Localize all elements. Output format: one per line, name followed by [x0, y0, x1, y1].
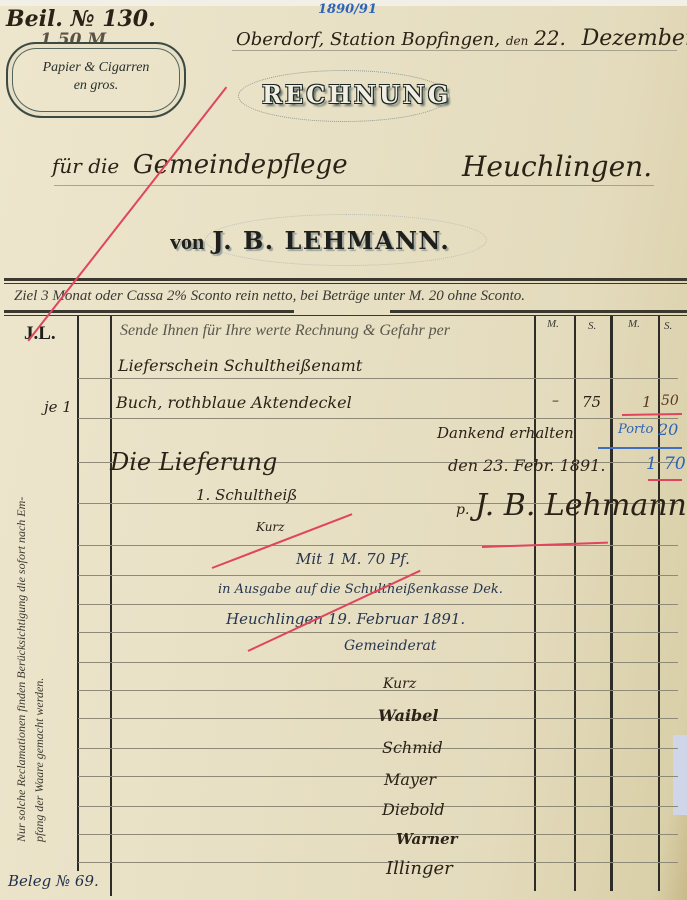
row-line [78, 632, 678, 633]
column-line-1 [77, 316, 79, 871]
signature-prefix: p. [456, 502, 469, 518]
line-item-unit-mark: – [552, 393, 559, 409]
signatory: Waibel [378, 706, 438, 725]
terms-bottom-rule-thin [4, 315, 687, 316]
porto-amount: 20 [658, 420, 678, 439]
sender-name: J. B. LEHMANN. [212, 226, 450, 255]
row-line [78, 748, 678, 749]
sender-line: vonJ. B. LEHMANN. [170, 226, 450, 255]
footer-reference: Beleg № 69. [8, 872, 99, 890]
approval-line-4: in Ausgabe auf die Schultheißenkasse Dek… [218, 582, 503, 597]
row-line [78, 575, 678, 576]
side-note-line-1: Nur solche Reclamationen finden Berücksi… [14, 497, 29, 842]
date-day: 22. [534, 26, 566, 50]
payment-total-pfennig: 70 [664, 454, 686, 474]
line-item-description: Lieferschein Schultheißenamt [118, 356, 362, 375]
side-note-line-2: pfang der Waare gemacht werden. [32, 678, 47, 842]
row-line [78, 378, 678, 379]
row-line [78, 604, 678, 605]
payment-terms: Ziel 3 Monat oder Cassa 2% Sconto rein n… [14, 288, 525, 305]
row-line [78, 834, 678, 835]
invoice-paper [0, 0, 687, 900]
row-line [78, 862, 678, 863]
document-title: RECHNUNG [262, 80, 451, 109]
col-header-unit-pfennig: S. [588, 320, 596, 332]
approval-line-1: Die Lieferung [110, 448, 277, 476]
line-item-total-mark: 1 [642, 393, 652, 411]
line-item-qty: je 1 [44, 398, 72, 416]
company-logo-cartouche: Papier & Cigarren en gros. [6, 42, 186, 118]
logo-line-1: Papier & Cigarren [8, 60, 184, 76]
date-month: Dezember [582, 26, 687, 51]
row-line [78, 806, 678, 807]
payment-total-mark: 1 [646, 454, 657, 474]
recipient-prefix: für die [52, 154, 119, 178]
logo-line-2: en gros. [8, 78, 184, 94]
line-item-description: Buch, rothblaue Aktendeckel [116, 393, 352, 412]
payment-date: den 23. Febr. 1891. [448, 456, 605, 475]
approval-line-2: 1. Schultheiß [196, 486, 297, 504]
sender-von: von [170, 229, 204, 254]
signatory: Diebold [382, 800, 445, 819]
council-label: Gemeinderat [344, 638, 436, 654]
recipient-location: Heuchlingen. [462, 150, 652, 183]
recipient-line: für die Gemeindepflege [52, 150, 348, 180]
col-header-unit-mark: M. [547, 318, 559, 330]
col-header-total-mark: M. [628, 318, 640, 330]
approval-amount-note: Mit 1 M. 70 Pf. [296, 550, 410, 568]
recipient-underline [54, 185, 654, 186]
year-annotation: 1890/91 [318, 2, 377, 17]
red-underline-total [648, 479, 682, 481]
line-item-total-pfennig: 50 [661, 393, 679, 409]
approval-line-3: Kurz [256, 520, 285, 534]
signatory: Warner [396, 830, 458, 848]
row-line [78, 662, 678, 663]
signatory: Kurz [383, 676, 416, 692]
place-date-line: Oberdorf, Station Bopfingen, den 22. Dez… [236, 26, 687, 51]
row-line [78, 776, 678, 777]
row-line [78, 690, 678, 691]
date-prefix: den [506, 34, 529, 48]
signatory: Schmid [382, 738, 443, 757]
terms-top-rule [4, 278, 687, 281]
terms-top-rule-thin [4, 283, 687, 284]
ledger-note-1: Beil. № 130. [6, 6, 156, 32]
place: Oberdorf, Station Bopfingen, [236, 29, 500, 50]
blue-underline-porto [598, 447, 682, 449]
signatory: Mayer [384, 770, 436, 789]
col-header-total-pfennig: S. [664, 320, 672, 332]
received-label: Dankend erhalten [437, 424, 574, 442]
terms-bottom-rule-right [390, 310, 687, 313]
row-line [78, 545, 678, 546]
approval-line-5: Heuchlingen 19. Februar 1891. [226, 610, 465, 628]
date-underline [232, 50, 677, 51]
column-line-2 [110, 316, 112, 896]
intro-line: Sende Ihnen für Ihre werte Rechnung & Ge… [120, 322, 450, 340]
line-item-unit-pfennig: 75 [582, 393, 601, 411]
row-line [78, 418, 678, 419]
vendor-signature: J. B. Lehmann [475, 488, 687, 523]
torn-edge [673, 735, 687, 815]
porto-label: Porto [618, 422, 653, 437]
signatory: Illinger [386, 858, 453, 879]
